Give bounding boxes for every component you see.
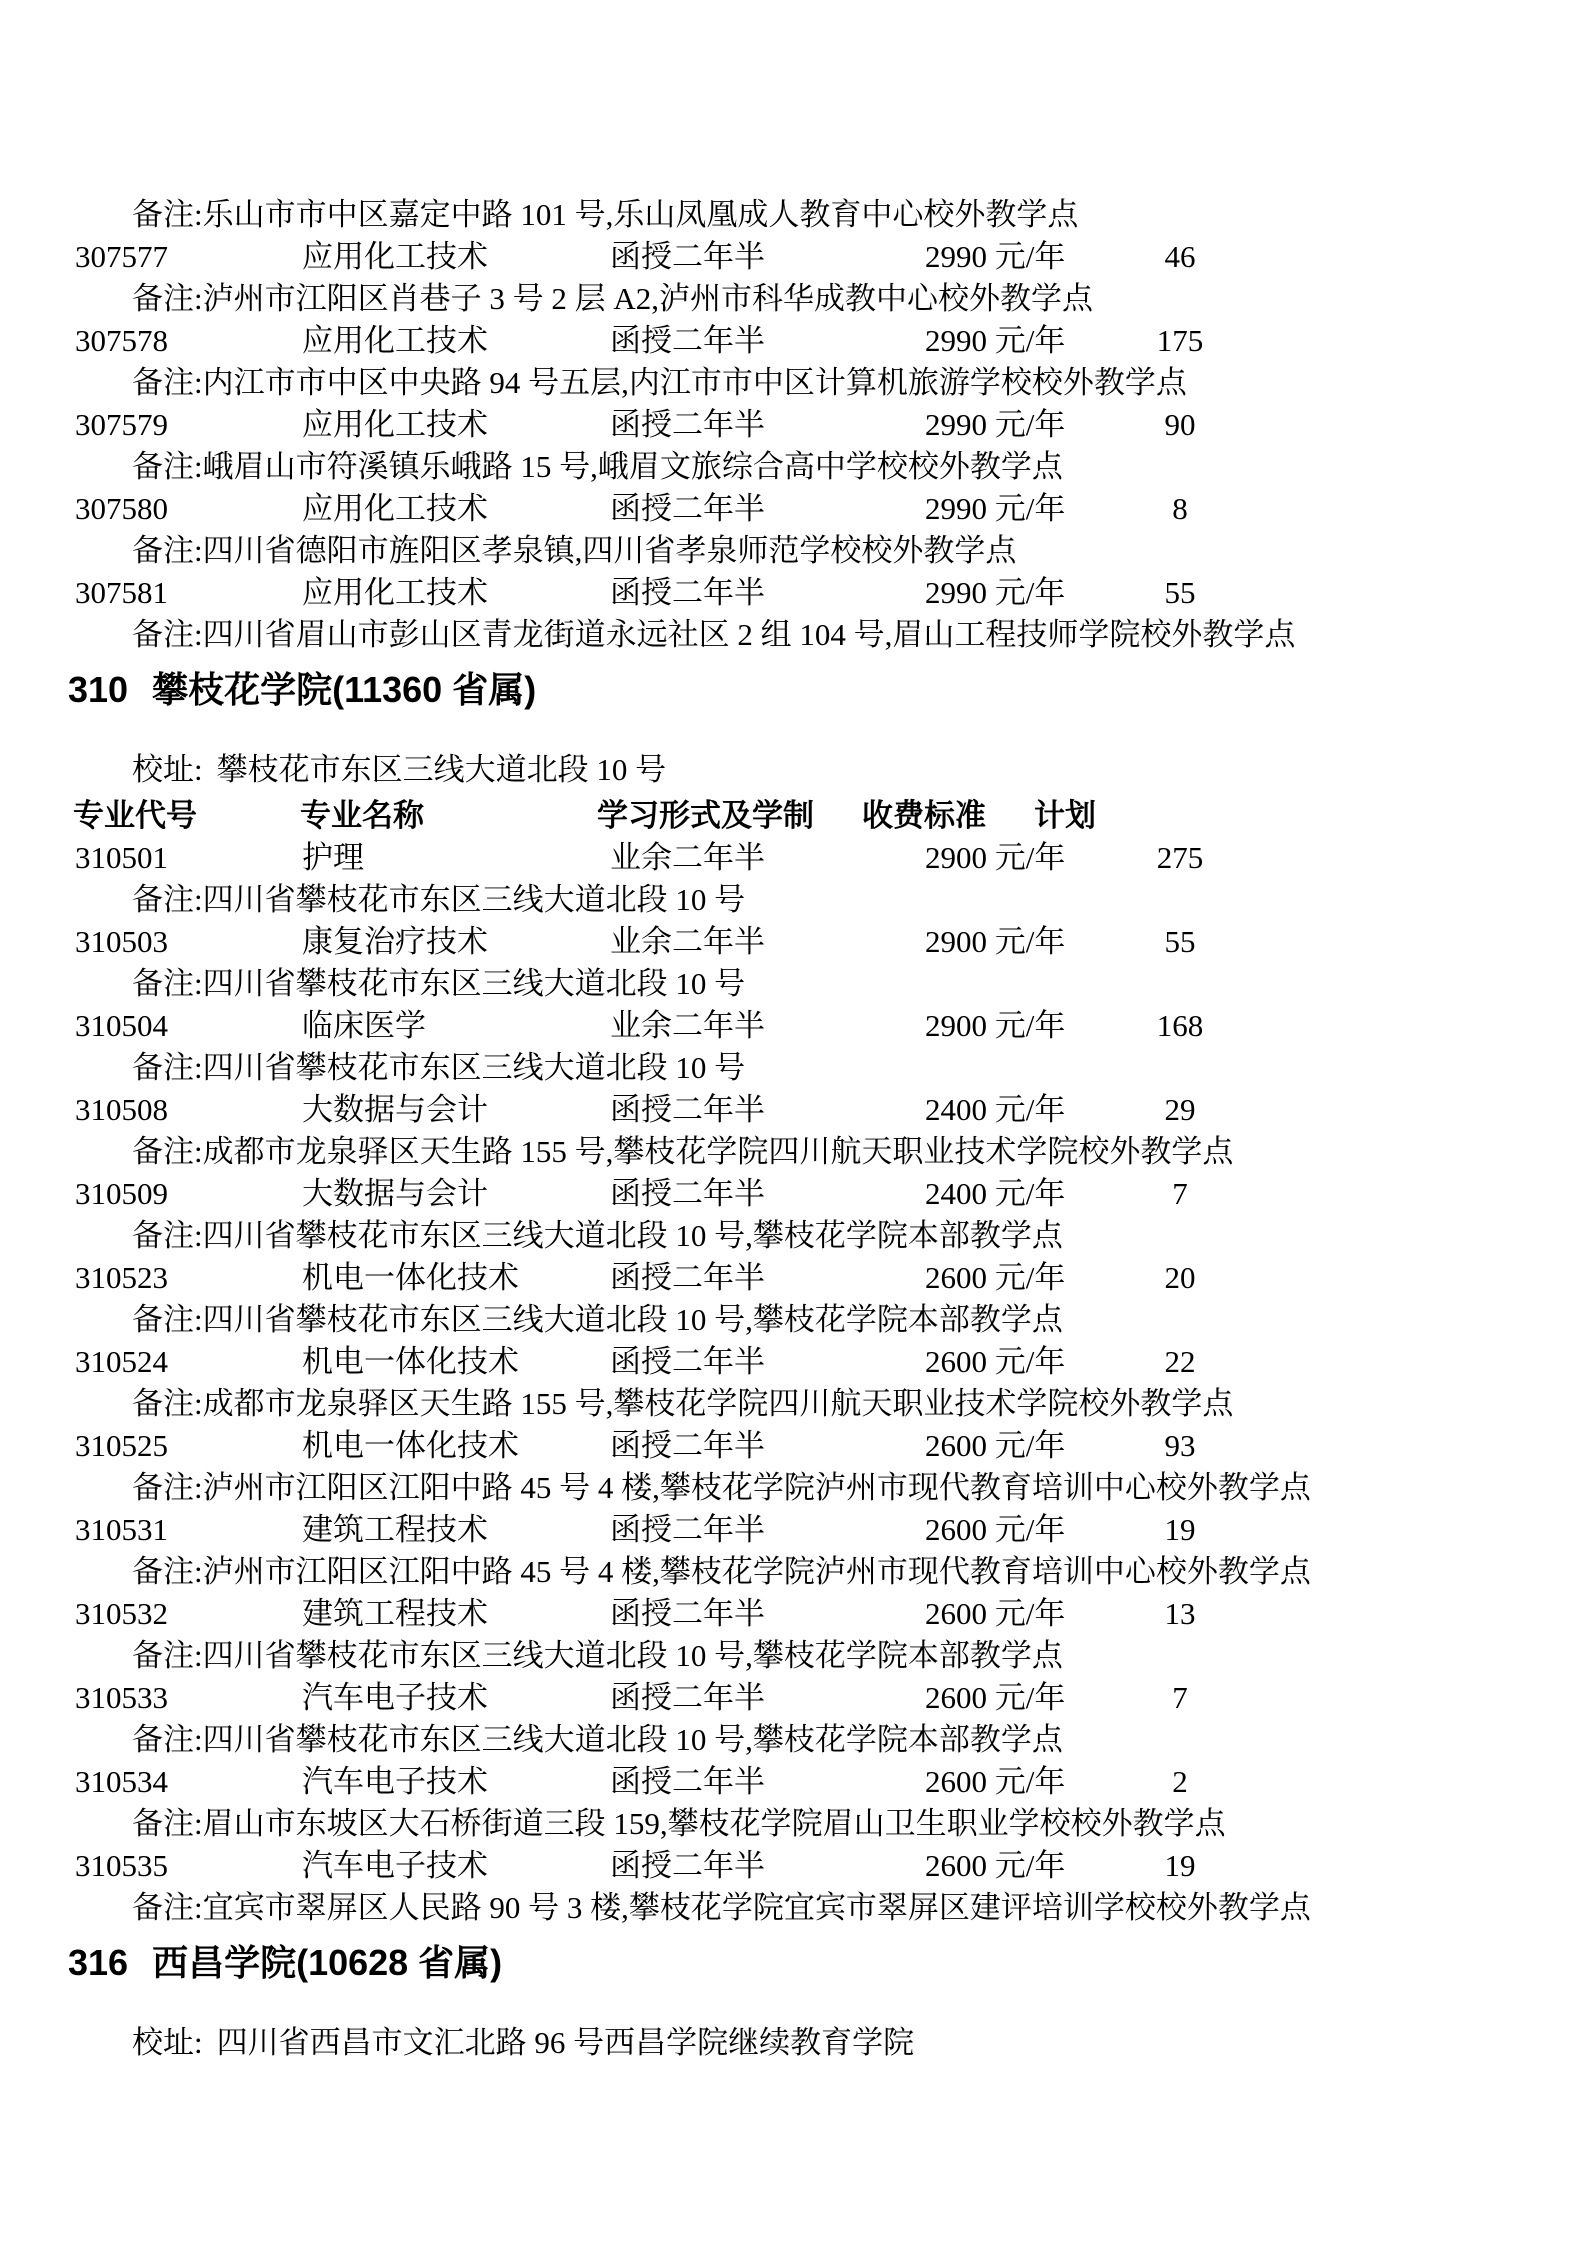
- program-name: 机电一体化技术: [302, 1425, 519, 1467]
- remark-text: 成都市龙泉驿区天生路 155 号,攀枝花学院四川航天职业技术学院校外教学点: [203, 1134, 1234, 1169]
- remark-text: 四川省德阳市旌阳区孝泉镇,四川省孝泉师范学校校外教学点: [203, 533, 1017, 568]
- tuition-fee: 2900 元/年: [925, 921, 1065, 963]
- program-name: 大数据与会计: [302, 1089, 488, 1131]
- remark-text: 内江市市中区中央路 94 号五层,内江市市中区计算机旅游学校校外教学点: [203, 365, 1187, 400]
- remark-line: 备注:四川省攀枝花市东区三线大道北段 10 号: [0, 963, 1587, 1005]
- study-form: 函授二年半: [610, 1341, 765, 1383]
- school-code: 310: [68, 669, 128, 710]
- address-label: 校址:: [132, 2025, 203, 2060]
- tuition-fee: 2600 元/年: [925, 1257, 1065, 1299]
- study-form: 函授二年半: [610, 1425, 765, 1467]
- remark-text: 乐山市市中区嘉定中路 101 号,乐山凤凰成人教育中心校外教学点: [203, 197, 1079, 232]
- program-row: 310501 护理 业余二年半 2900 元/年 275: [0, 837, 1587, 879]
- program-code: 310533: [75, 1677, 168, 1719]
- study-form: 函授二年半: [610, 320, 765, 362]
- program-name: 大数据与会计: [302, 1173, 488, 1215]
- address-text: 四川省西昌市文汇北路 96 号西昌学院继续教育学院: [217, 2025, 915, 2060]
- study-form: 函授二年半: [610, 1089, 765, 1131]
- study-form: 函授二年半: [610, 1173, 765, 1215]
- table-column-header: 专业代号 专业名称 学习形式及学制 收费标准 计划: [0, 795, 1587, 837]
- column-header-code: 专业代号: [73, 795, 197, 837]
- program-row: 307578 应用化工技术 函授二年半 2990 元/年 175: [0, 320, 1587, 362]
- program-name: 临床医学: [302, 1005, 426, 1047]
- program-name: 汽车电子技术: [302, 1677, 488, 1719]
- study-form: 函授二年半: [610, 488, 765, 530]
- tuition-fee: 2900 元/年: [925, 837, 1065, 879]
- remark-text: 峨眉山市符溪镇乐峨路 15 号,峨眉文旅综合高中学校校外教学点: [203, 449, 1063, 484]
- school-code: 316: [68, 1942, 128, 1983]
- tuition-fee: 2400 元/年: [925, 1089, 1065, 1131]
- program-row: 310531 建筑工程技术 函授二年半 2600 元/年 19: [0, 1509, 1587, 1551]
- plan-count: 7: [1120, 1173, 1240, 1215]
- remark-text: 眉山市东坡区大石桥街道三段 159,攀枝花学院眉山卫生职业学校校外教学点: [203, 1806, 1226, 1841]
- program-name: 应用化工技术: [302, 404, 488, 446]
- plan-count: 13: [1120, 1593, 1240, 1635]
- remark-line: 备注:成都市龙泉驿区天生路 155 号,攀枝花学院四川航天职业技术学院校外教学点: [0, 1131, 1587, 1173]
- program-code: 310531: [75, 1509, 168, 1551]
- plan-count: 46: [1120, 236, 1240, 278]
- school-address: 校址:四川省西昌市文汇北路 96 号西昌学院继续教育学院: [0, 2022, 1587, 2064]
- remark-prefix: 备注:: [132, 197, 203, 232]
- tuition-fee: 2400 元/年: [925, 1173, 1065, 1215]
- remark-line: 备注:成都市龙泉驿区天生路 155 号,攀枝花学院四川航天职业技术学院校外教学点: [0, 1383, 1587, 1425]
- remark-line: 备注:四川省攀枝花市东区三线大道北段 10 号: [0, 1047, 1587, 1089]
- program-code: 310504: [75, 1005, 168, 1047]
- program-code: 307581: [75, 572, 168, 614]
- program-row: 310503 康复治疗技术 业余二年半 2900 元/年 55: [0, 921, 1587, 963]
- study-form: 函授二年半: [610, 1509, 765, 1551]
- remark-text: 四川省攀枝花市东区三线大道北段 10 号,攀枝花学院本部教学点: [203, 1722, 1063, 1757]
- tuition-fee: 2900 元/年: [925, 1005, 1065, 1047]
- remark-prefix: 备注:: [132, 1806, 203, 1841]
- remark-prefix: 备注:: [132, 1218, 203, 1253]
- plan-count: 19: [1120, 1509, 1240, 1551]
- remark-line: 备注:四川省攀枝花市东区三线大道北段 10 号,攀枝花学院本部教学点: [0, 1719, 1587, 1761]
- program-name: 汽车电子技术: [302, 1845, 488, 1887]
- remark-line: 备注:眉山市东坡区大石桥街道三段 159,攀枝花学院眉山卫生职业学校校外教学点: [0, 1803, 1587, 1845]
- column-header-plan: 计划: [1034, 795, 1096, 837]
- remark-prefix: 备注:: [132, 1722, 203, 1757]
- plan-count: 19: [1120, 1845, 1240, 1887]
- tuition-fee: 2990 元/年: [925, 320, 1065, 362]
- school-address: 校址:攀枝花市东区三线大道北段 10 号: [0, 749, 1587, 791]
- remark-prefix: 备注:: [132, 966, 203, 1001]
- admissions-plan-page: 备注:乐山市市中区嘉定中路 101 号,乐山凤凰成人教育中心校外教学点 3075…: [0, 0, 1587, 2245]
- program-code: 310534: [75, 1761, 168, 1803]
- remark-prefix: 备注:: [132, 1386, 203, 1421]
- program-name: 应用化工技术: [302, 236, 488, 278]
- program-code: 310524: [75, 1341, 168, 1383]
- remark-line: 备注:四川省攀枝花市东区三线大道北段 10 号,攀枝花学院本部教学点: [0, 1635, 1587, 1677]
- remark-text: 成都市龙泉驿区天生路 155 号,攀枝花学院四川航天职业技术学院校外教学点: [203, 1386, 1234, 1421]
- study-form: 函授二年半: [610, 1677, 765, 1719]
- remark-prefix: 备注:: [132, 1302, 203, 1337]
- program-row: 310524 机电一体化技术 函授二年半 2600 元/年 22: [0, 1341, 1587, 1383]
- remark-prefix: 备注:: [132, 1890, 203, 1925]
- remark-prefix: 备注:: [132, 449, 203, 484]
- remark-text: 泸州市江阳区肖巷子 3 号 2 层 A2,泸州市科华成教中心校外教学点: [203, 281, 1093, 316]
- remark-prefix: 备注:: [132, 533, 203, 568]
- program-code: 310508: [75, 1089, 168, 1131]
- plan-count: 93: [1120, 1425, 1240, 1467]
- address-label: 校址:: [132, 752, 203, 787]
- study-form: 业余二年半: [610, 921, 765, 963]
- program-name: 机电一体化技术: [302, 1341, 519, 1383]
- plan-count: 2: [1120, 1761, 1240, 1803]
- remark-text: 宜宾市翠屏区人民路 90 号 3 楼,攀枝花学院宜宾市翠屏区建评培训学校校外教学…: [203, 1890, 1311, 1925]
- remark-prefix: 备注:: [132, 617, 203, 652]
- tuition-fee: 2600 元/年: [925, 1761, 1065, 1803]
- plan-count: 55: [1120, 572, 1240, 614]
- school-title: 攀枝花学院(11360 省属): [152, 669, 536, 710]
- remark-prefix: 备注:: [132, 1050, 203, 1085]
- program-row: 310523 机电一体化技术 函授二年半 2600 元/年 20: [0, 1257, 1587, 1299]
- school-heading: 316西昌学院(10628 省属): [0, 1937, 1587, 1989]
- study-form: 业余二年半: [610, 1005, 765, 1047]
- remark-prefix: 备注:: [132, 365, 203, 400]
- study-form: 业余二年半: [610, 837, 765, 879]
- remark-prefix: 备注:: [132, 1638, 203, 1673]
- program-code: 310535: [75, 1845, 168, 1887]
- address-text: 攀枝花市东区三线大道北段 10 号: [217, 752, 667, 787]
- program-code: 310509: [75, 1173, 168, 1215]
- program-name: 建筑工程技术: [302, 1509, 488, 1551]
- tuition-fee: 2600 元/年: [925, 1341, 1065, 1383]
- plan-count: 275: [1120, 837, 1240, 879]
- tuition-fee: 2990 元/年: [925, 572, 1065, 614]
- program-row: 310508 大数据与会计 函授二年半 2400 元/年 29: [0, 1089, 1587, 1131]
- column-header-name: 专业名称: [300, 795, 424, 837]
- remark-text: 四川省攀枝花市东区三线大道北段 10 号,攀枝花学院本部教学点: [203, 1218, 1063, 1253]
- remark-text: 四川省攀枝花市东区三线大道北段 10 号: [203, 882, 746, 917]
- tuition-fee: 2600 元/年: [925, 1677, 1065, 1719]
- remark-prefix: 备注:: [132, 281, 203, 316]
- remark-line: 备注:乐山市市中区嘉定中路 101 号,乐山凤凰成人教育中心校外教学点: [0, 194, 1587, 236]
- study-form: 函授二年半: [610, 1845, 765, 1887]
- program-code: 310523: [75, 1257, 168, 1299]
- study-form: 函授二年半: [610, 236, 765, 278]
- plan-count: 175: [1120, 320, 1240, 362]
- study-form: 函授二年半: [610, 1761, 765, 1803]
- plan-count: 90: [1120, 404, 1240, 446]
- program-row: 307579 应用化工技术 函授二年半 2990 元/年 90: [0, 404, 1587, 446]
- program-name: 应用化工技术: [302, 488, 488, 530]
- remark-prefix: 备注:: [132, 882, 203, 917]
- remark-text: 泸州市江阳区江阳中路 45 号 4 楼,攀枝花学院泸州市现代教育培训中心校外教学…: [203, 1470, 1311, 1505]
- remark-line: 备注:四川省攀枝花市东区三线大道北段 10 号,攀枝花学院本部教学点: [0, 1215, 1587, 1257]
- remark-prefix: 备注:: [132, 1134, 203, 1169]
- plan-count: 55: [1120, 921, 1240, 963]
- tuition-fee: 2990 元/年: [925, 488, 1065, 530]
- plan-count: 7: [1120, 1677, 1240, 1719]
- program-name: 护理: [302, 837, 364, 879]
- study-form: 函授二年半: [610, 572, 765, 614]
- school-title: 西昌学院(10628 省属): [152, 1942, 502, 1983]
- program-row: 310504 临床医学 业余二年半 2900 元/年 168: [0, 1005, 1587, 1047]
- remark-prefix: 备注:: [132, 1554, 203, 1589]
- remark-line: 备注:四川省攀枝花市东区三线大道北段 10 号: [0, 879, 1587, 921]
- program-code: 307578: [75, 320, 168, 362]
- program-code: 307580: [75, 488, 168, 530]
- program-code: 310525: [75, 1425, 168, 1467]
- remark-line: 备注:四川省眉山市彭山区青龙街道永远社区 2 组 104 号,眉山工程技师学院校…: [0, 614, 1587, 656]
- plan-count: 168: [1120, 1005, 1240, 1047]
- remark-line: 备注:泸州市江阳区肖巷子 3 号 2 层 A2,泸州市科华成教中心校外教学点: [0, 278, 1587, 320]
- study-form: 函授二年半: [610, 1593, 765, 1635]
- remark-line: 备注:内江市市中区中央路 94 号五层,内江市市中区计算机旅游学校校外教学点: [0, 362, 1587, 404]
- program-row: 310533 汽车电子技术 函授二年半 2600 元/年 7: [0, 1677, 1587, 1719]
- program-row: 307580 应用化工技术 函授二年半 2990 元/年 8: [0, 488, 1587, 530]
- program-code: 307577: [75, 236, 168, 278]
- program-row: 310532 建筑工程技术 函授二年半 2600 元/年 13: [0, 1593, 1587, 1635]
- program-row: 310534 汽车电子技术 函授二年半 2600 元/年 2: [0, 1761, 1587, 1803]
- program-name: 应用化工技术: [302, 320, 488, 362]
- school-heading: 310攀枝花学院(11360 省属): [0, 664, 1587, 716]
- program-name: 康复治疗技术: [302, 921, 488, 963]
- remark-line: 备注:泸州市江阳区江阳中路 45 号 4 楼,攀枝花学院泸州市现代教育培训中心校…: [0, 1551, 1587, 1593]
- remark-line: 备注:四川省德阳市旌阳区孝泉镇,四川省孝泉师范学校校外教学点: [0, 530, 1587, 572]
- program-name: 应用化工技术: [302, 572, 488, 614]
- remark-text: 四川省攀枝花市东区三线大道北段 10 号: [203, 966, 746, 1001]
- program-code: 310503: [75, 921, 168, 963]
- plan-count: 22: [1120, 1341, 1240, 1383]
- tuition-fee: 2990 元/年: [925, 236, 1065, 278]
- tuition-fee: 2600 元/年: [925, 1845, 1065, 1887]
- tuition-fee: 2600 元/年: [925, 1425, 1065, 1467]
- plan-count: 29: [1120, 1089, 1240, 1131]
- study-form: 函授二年半: [610, 404, 765, 446]
- program-code: 310501: [75, 837, 168, 879]
- remark-line: 备注:泸州市江阳区江阳中路 45 号 4 楼,攀枝花学院泸州市现代教育培训中心校…: [0, 1467, 1587, 1509]
- program-name: 机电一体化技术: [302, 1257, 519, 1299]
- program-row: 307577 应用化工技术 函授二年半 2990 元/年 46: [0, 236, 1587, 278]
- remark-text: 四川省攀枝花市东区三线大道北段 10 号,攀枝花学院本部教学点: [203, 1638, 1063, 1673]
- plan-count: 20: [1120, 1257, 1240, 1299]
- remark-text: 四川省眉山市彭山区青龙街道永远社区 2 组 104 号,眉山工程技师学院校外教学…: [203, 617, 1296, 652]
- study-form: 函授二年半: [610, 1257, 765, 1299]
- program-row: 307581 应用化工技术 函授二年半 2990 元/年 55: [0, 572, 1587, 614]
- remark-line: 备注:峨眉山市符溪镇乐峨路 15 号,峨眉文旅综合高中学校校外教学点: [0, 446, 1587, 488]
- program-name: 建筑工程技术: [302, 1593, 488, 1635]
- program-row: 310535 汽车电子技术 函授二年半 2600 元/年 19: [0, 1845, 1587, 1887]
- program-row: 310525 机电一体化技术 函授二年半 2600 元/年 93: [0, 1425, 1587, 1467]
- tuition-fee: 2600 元/年: [925, 1509, 1065, 1551]
- remark-text: 四川省攀枝花市东区三线大道北段 10 号,攀枝花学院本部教学点: [203, 1302, 1063, 1337]
- remark-prefix: 备注:: [132, 1470, 203, 1505]
- program-row: 310509 大数据与会计 函授二年半 2400 元/年 7: [0, 1173, 1587, 1215]
- tuition-fee: 2600 元/年: [925, 1593, 1065, 1635]
- remark-text: 四川省攀枝花市东区三线大道北段 10 号: [203, 1050, 746, 1085]
- program-code: 307579: [75, 404, 168, 446]
- program-name: 汽车电子技术: [302, 1761, 488, 1803]
- tuition-fee: 2990 元/年: [925, 404, 1065, 446]
- remark-line: 备注:四川省攀枝花市东区三线大道北段 10 号,攀枝花学院本部教学点: [0, 1299, 1587, 1341]
- plan-count: 8: [1120, 488, 1240, 530]
- remark-text: 泸州市江阳区江阳中路 45 号 4 楼,攀枝花学院泸州市现代教育培训中心校外教学…: [203, 1554, 1311, 1589]
- program-code: 310532: [75, 1593, 168, 1635]
- column-header-form: 学习形式及学制: [597, 795, 814, 837]
- remark-line: 备注:宜宾市翠屏区人民路 90 号 3 楼,攀枝花学院宜宾市翠屏区建评培训学校校…: [0, 1887, 1587, 1929]
- column-header-fee: 收费标准: [862, 795, 986, 837]
